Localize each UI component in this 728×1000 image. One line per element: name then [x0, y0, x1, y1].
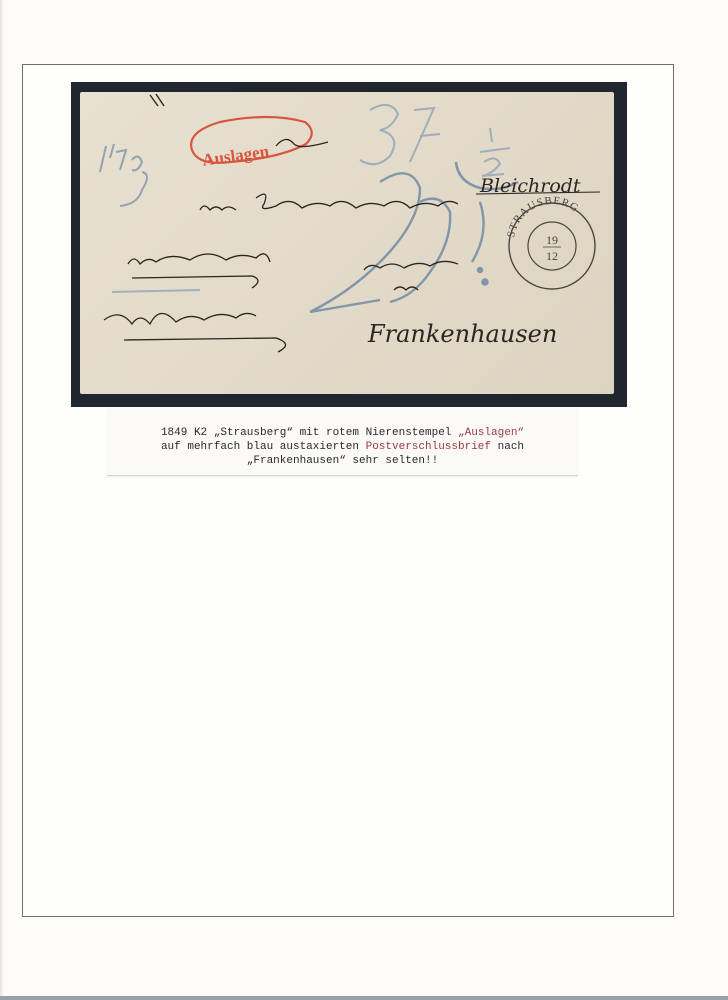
svg-text:19: 19 [546, 233, 558, 247]
svg-text:Auslagen: Auslagen [201, 141, 271, 169]
blue-rate-25 [310, 173, 488, 312]
caption-line-2: auf mehrfach blau austaxierten Postversc… [107, 440, 578, 454]
blue-rate-left [100, 144, 147, 206]
caption-line-3: „Frankenhausen“ sehr selten!! [107, 454, 578, 468]
caption-line-1: 1849 K2 „Strausberg“ mit rotem Nierenste… [107, 426, 578, 440]
caption-highlight-auslagen: „Auslagen“ [458, 427, 524, 439]
strausberg-postmark: STRAUSBERG 19 12 [505, 195, 595, 289]
svg-text:Frankenhausen: Frankenhausen [367, 320, 557, 348]
caption-highlight-postverschlussbrief: Postverschlussbrief [366, 441, 491, 453]
page-edge [0, 0, 4, 1000]
envelope-markings: Auslagen Bleichrodt [80, 92, 614, 394]
page-bottom-edge [0, 996, 728, 1000]
svg-text:STRAUSBERG: STRAUSBERG [505, 195, 581, 239]
svg-text:12: 12 [546, 249, 558, 263]
address-handwriting: Bleichrodt Frankenhausen [104, 175, 600, 352]
exhibit-caption: 1849 K2 „Strausberg“ mit rotem Nierenste… [107, 408, 578, 476]
envelope-cover: Auslagen Bleichrodt [80, 92, 614, 394]
